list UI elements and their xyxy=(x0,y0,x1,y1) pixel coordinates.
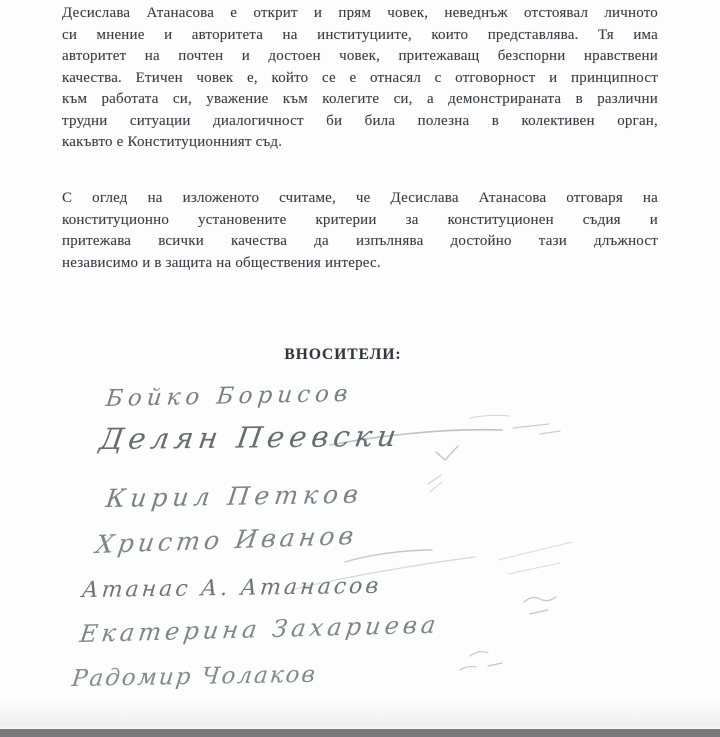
paragraph-conclusion: С оглед на изложеното считаме, че Десисл… xyxy=(62,188,658,274)
text-line: трудни ситуации диалогичност би била пол… xyxy=(62,111,658,133)
signature-boyko-borisov: Бойко Борисов xyxy=(105,381,354,412)
signature-atanas-atanasov: Атанас А. Атанасов xyxy=(81,574,383,603)
text-line: независимо и в защита на обществения инт… xyxy=(62,253,658,275)
window-bottom-bar xyxy=(0,729,720,737)
signature-delyan-peevski: Делян Пеевски xyxy=(97,419,403,456)
page-bottom-shadow xyxy=(0,699,720,737)
document-page: Десислава Атанасова е открит и прям чове… xyxy=(0,0,720,737)
signature-ekaterina-zaharieva: Екатерина Захариева xyxy=(78,611,441,648)
text-line: качества. Етичен човек е, който се е отн… xyxy=(62,68,658,90)
signature-radomir-cholakov: Радомир Чолаков xyxy=(71,662,319,692)
signature-kiril-petkov: Кирил Петков xyxy=(104,480,364,513)
text-line: Десислава Атанасова е открит и прям чове… xyxy=(62,3,658,25)
text-line: С оглед на изложеното считаме, че Десисл… xyxy=(62,188,658,210)
text-line: какъвто е Конституционният съд. xyxy=(62,132,658,154)
signatures-block: Бойко Борисов Делян Пеевски Кирил Петков… xyxy=(0,380,720,720)
text-line: авторитет на почтен и достоен човек, при… xyxy=(62,46,658,68)
text-line: притежава всички качества да изпълнява д… xyxy=(62,231,658,253)
submitters-heading: ВНОСИТЕЛИ: xyxy=(45,346,641,364)
paragraph-character-assessment: Десислава Атанасова е открит и прям чове… xyxy=(62,3,658,154)
text-line: конституционно установените критерии за … xyxy=(62,210,658,232)
signature-hristo-ivanov: Христо Иванов xyxy=(94,521,359,559)
text-line: към работата си, уважение към колегите с… xyxy=(62,89,658,111)
text-line: си мнение и авторитета на институциите, … xyxy=(62,25,658,47)
